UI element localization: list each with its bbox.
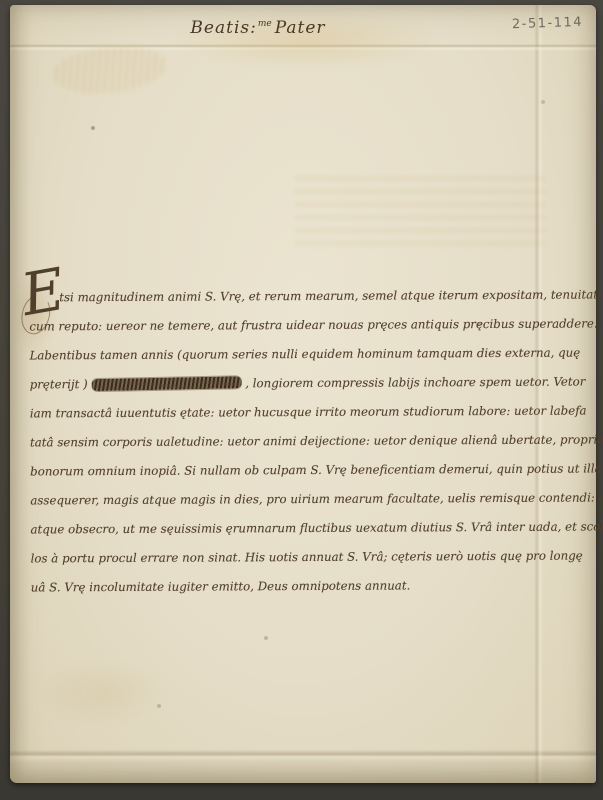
letter-line: Labentibus tamen annis (quorum series nu… [29, 339, 579, 371]
letter-line: cum reputo: uereor ne temere, aut frustr… [29, 310, 579, 342]
ink-showthrough [50, 41, 169, 99]
letter-page: 2-51-114 Beatis:mePater E tsi magnitudin… [10, 5, 596, 783]
letter-line: assequerer, magis atque magis in dies, p… [30, 484, 580, 516]
letter-line: atque obsecro, ut me sęuissimis ęrumnaru… [30, 513, 580, 545]
salutation-word: Pater [275, 18, 326, 38]
salutation-text: Beatis: [190, 18, 256, 38]
crossed-out-scribble [91, 376, 241, 391]
letter-line: pręterijt ) , longiorem compressis labij… [30, 368, 580, 400]
paper-specks [10, 5, 12, 7]
catalog-number: 2-51-114 [512, 15, 583, 32]
letter-line: iam transactâ iuuentutis ętate: uetor hu… [30, 397, 580, 429]
letter-line: tsi magnitudinem animi S. Vrę, et rerum … [29, 281, 579, 313]
letter-line: los à portu procul errare non sinat. His… [31, 542, 581, 574]
salutation-superscript: me [258, 19, 272, 29]
paper-stain [36, 660, 166, 725]
ink-showthrough [295, 177, 545, 252]
letter-line: uâ S. Vrę incolumitate iugiter emitto, D… [31, 571, 581, 603]
line-text: pręterijt ) [30, 377, 88, 391]
scan-background: 2-51-114 Beatis:mePater E tsi magnitudin… [0, 0, 603, 800]
letter-line: tatâ sensim corporis ualetudine: uetor a… [30, 426, 580, 458]
letter-line: bonorum omnium inopiâ. Si nullam ob culp… [30, 455, 580, 487]
letter-salutation: Beatis:mePater [10, 18, 506, 38]
letter-body: tsi magnitudinem animi S. Vrę, et rerum … [29, 281, 581, 603]
line-text: , longiorem compressis labijs inchoare s… [245, 375, 585, 391]
